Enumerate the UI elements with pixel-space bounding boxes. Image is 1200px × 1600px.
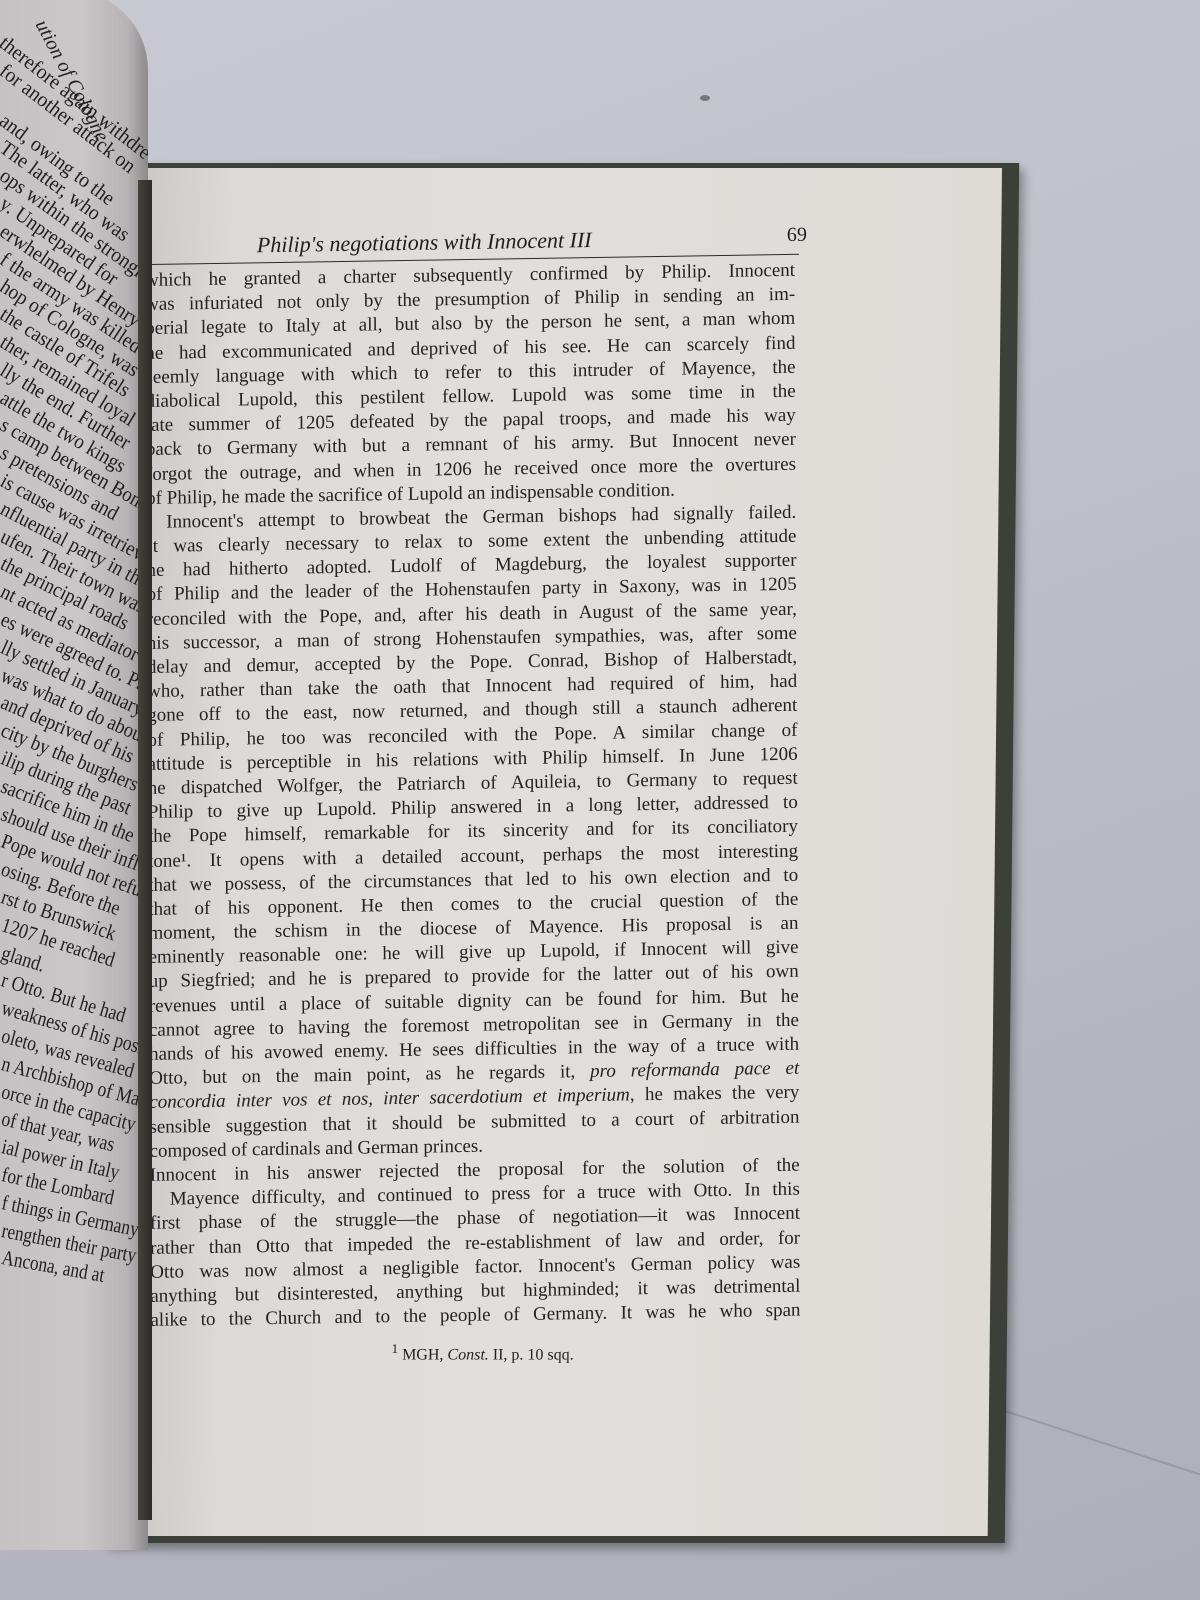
body-text: which he granted a charter subsequently … bbox=[145, 259, 805, 1333]
footnote-marker: 1 bbox=[391, 1341, 398, 1356]
footnote-source: MGH, bbox=[402, 1347, 444, 1364]
right-page: Philip's negotiations with Innocent III … bbox=[98, 168, 1002, 1536]
left-page-curled: ution of Colognetherefore again withdrew… bbox=[0, 0, 148, 1550]
table-speck bbox=[700, 95, 710, 101]
footnote-italic: Const. bbox=[447, 1347, 489, 1364]
footnote-rest: II, p. 10 sqq. bbox=[493, 1347, 574, 1364]
running-title: Philip's negotiations with Innocent III bbox=[257, 227, 592, 258]
running-head: Philip's negotiations with Innocent III … bbox=[149, 220, 799, 265]
gutter-shadow bbox=[138, 180, 152, 1520]
table-crease bbox=[1004, 1410, 1200, 1492]
latin-phrase: pro reformanda pace et bbox=[590, 1058, 799, 1082]
footnote: 1 MGH, Const. II, p. 10 sqq. bbox=[137, 1341, 787, 1364]
page-number: 69 bbox=[787, 224, 807, 247]
page-content: Philip's negotiations with Innocent III … bbox=[137, 230, 799, 1365]
